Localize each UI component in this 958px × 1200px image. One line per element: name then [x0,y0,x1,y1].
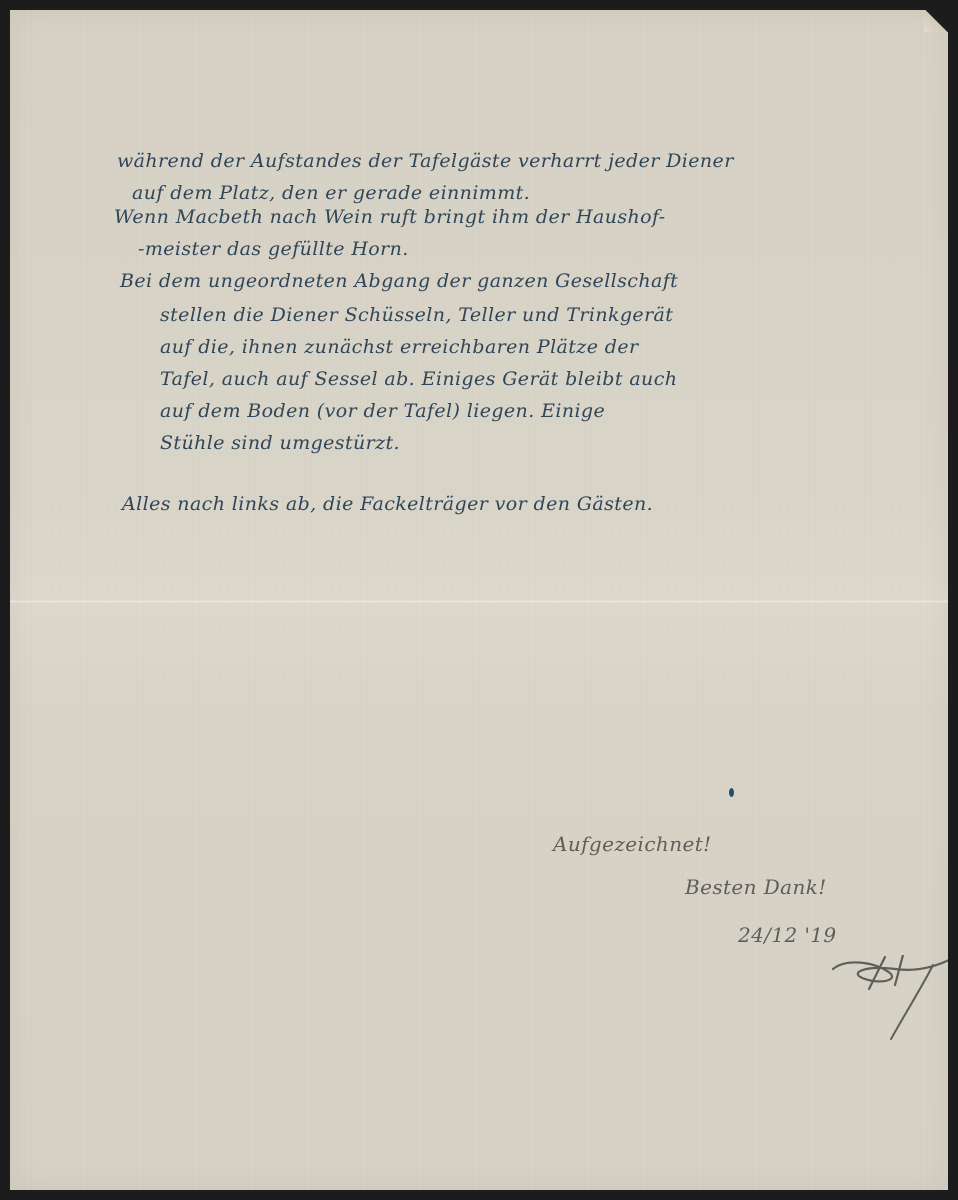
annotation-line: Aufgezeichnet! [553,832,712,856]
text-line: auf die, ihnen zunächst erreichbaren Plä… [160,336,639,358]
scan-frame: während der Aufstandes der Tafelgäste ve… [0,0,958,1200]
text-line: während der Aufstandes der Tafelgäste ve… [117,150,734,172]
text-line: Alles nach links ab, die Fackelträger vo… [122,493,653,515]
text-line: Tafel, auch auf Sessel ab. Einiges Gerät… [160,368,677,390]
folded-corner [924,10,948,32]
text-line: stellen die Diener Schüsseln, Teller und… [160,304,673,326]
paper-fold-line [10,600,948,603]
text-line: -meister das gefüllte Horn. [138,238,409,260]
manuscript-page: während der Aufstandes der Tafelgäste ve… [10,10,948,1190]
signature-mark [825,955,955,1045]
ink-blot [729,788,734,797]
text-line: Wenn Macbeth nach Wein ruft bringt ihm d… [114,206,666,228]
annotation-line: Besten Dank! [685,875,827,899]
text-line: Stühle sind umgestürzt. [160,432,400,454]
text-line: Bei dem ungeordneten Abgang der ganzen G… [120,270,678,292]
text-line: auf dem Platz, den er gerade einnimmt. [132,182,530,204]
annotation-date: 24/12 '19 [738,923,837,947]
text-line: auf dem Boden (vor der Tafel) liegen. Ei… [160,400,605,422]
